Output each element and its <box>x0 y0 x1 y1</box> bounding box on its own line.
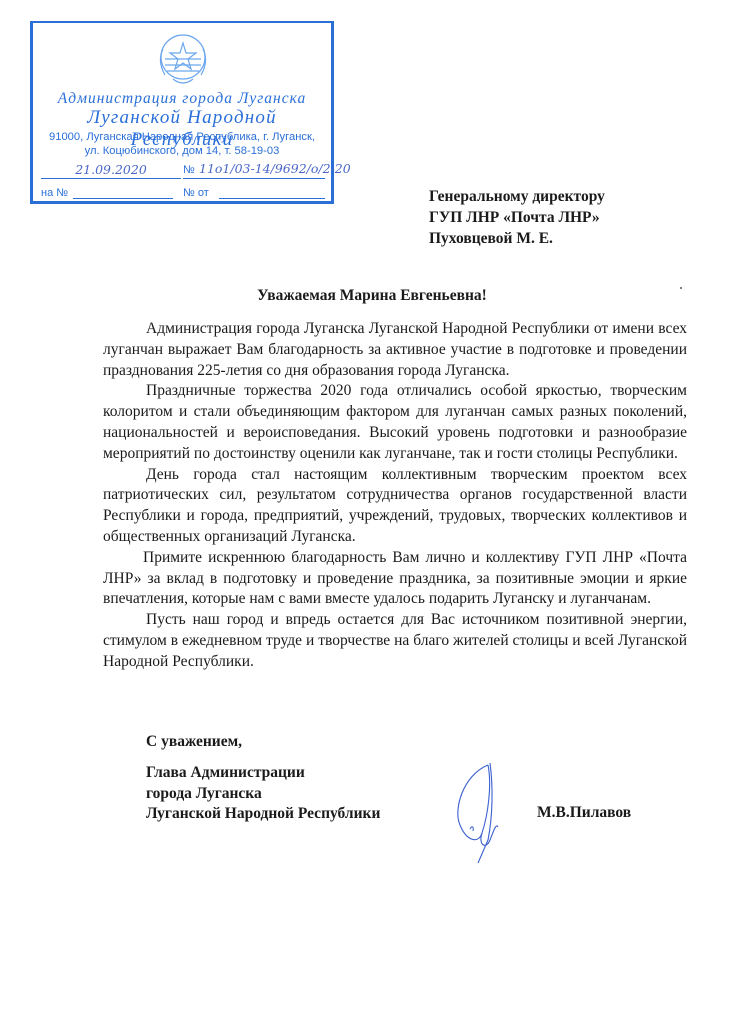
outgoing-date: 21.09.2020 <box>41 162 181 179</box>
stamp-address: 91000, Луганская Народная Республика, г.… <box>33 130 331 158</box>
addressee-organization: ГУП ЛНР «Почта ЛНР» <box>429 207 605 228</box>
handwritten-signature-icon <box>448 755 538 865</box>
letter-body: Администрация города Луганска Луганской … <box>103 319 687 673</box>
on-number-blank <box>73 198 173 199</box>
on-number-label: на № <box>41 187 68 199</box>
stamp-title-line1: Администрация города Луганска <box>33 90 331 108</box>
coat-of-arms-icon <box>151 29 215 89</box>
from-number-blank <box>219 198 325 199</box>
body-paragraph: Администрация города Луганска Луганской … <box>103 319 687 381</box>
body-paragraph: День города стал настоящим коллективным … <box>103 465 687 548</box>
signatory-line2: города Луганска <box>146 784 380 805</box>
salutation: Уважаемая Марина Евгеньевна! <box>0 287 744 305</box>
closing: С уважением, <box>146 733 242 751</box>
letterhead-stamp: Администрация города Луганска Луганской … <box>30 21 334 204</box>
body-paragraph: Праздничные торжества 2020 года отличали… <box>103 381 687 464</box>
signatory-line3: Луганской Народной Республики <box>146 804 380 825</box>
body-paragraph: Примите искреннюю благодарность Вам личн… <box>103 548 687 610</box>
addressee-block: Генеральному директору ГУП ЛНР «Почта ЛН… <box>429 186 605 249</box>
from-number-label: № от <box>183 187 209 199</box>
stamp-address-line2: ул. Коцюбинского, дом 14, т. 58-19-03 <box>33 144 331 158</box>
signatory-name: М.В.Пилавов <box>537 804 631 822</box>
signatory-title: Глава Администрации города Луганска Луга… <box>146 763 380 825</box>
body-paragraph: Пусть наш город и впредь остается для Ва… <box>103 610 687 672</box>
number-label: № <box>183 164 195 176</box>
stamp-address-line1: 91000, Луганская Народная Республика, г.… <box>33 130 331 144</box>
stamp-reference-row: на № № от <box>41 185 325 201</box>
outgoing-number: 11о1/03-14/9692/о/2-20 <box>199 161 351 176</box>
outgoing-number-field: № 11о1/03-14/9692/о/2-20 <box>183 162 325 179</box>
addressee-position: Генеральному директору <box>429 186 605 207</box>
addressee-name: Пуховцевой М. Е. <box>429 228 605 249</box>
signatory-line1: Глава Администрации <box>146 763 380 784</box>
stamp-date-number-row: 21.09.2020 № 11о1/03-14/9692/о/2-20 <box>41 162 325 180</box>
